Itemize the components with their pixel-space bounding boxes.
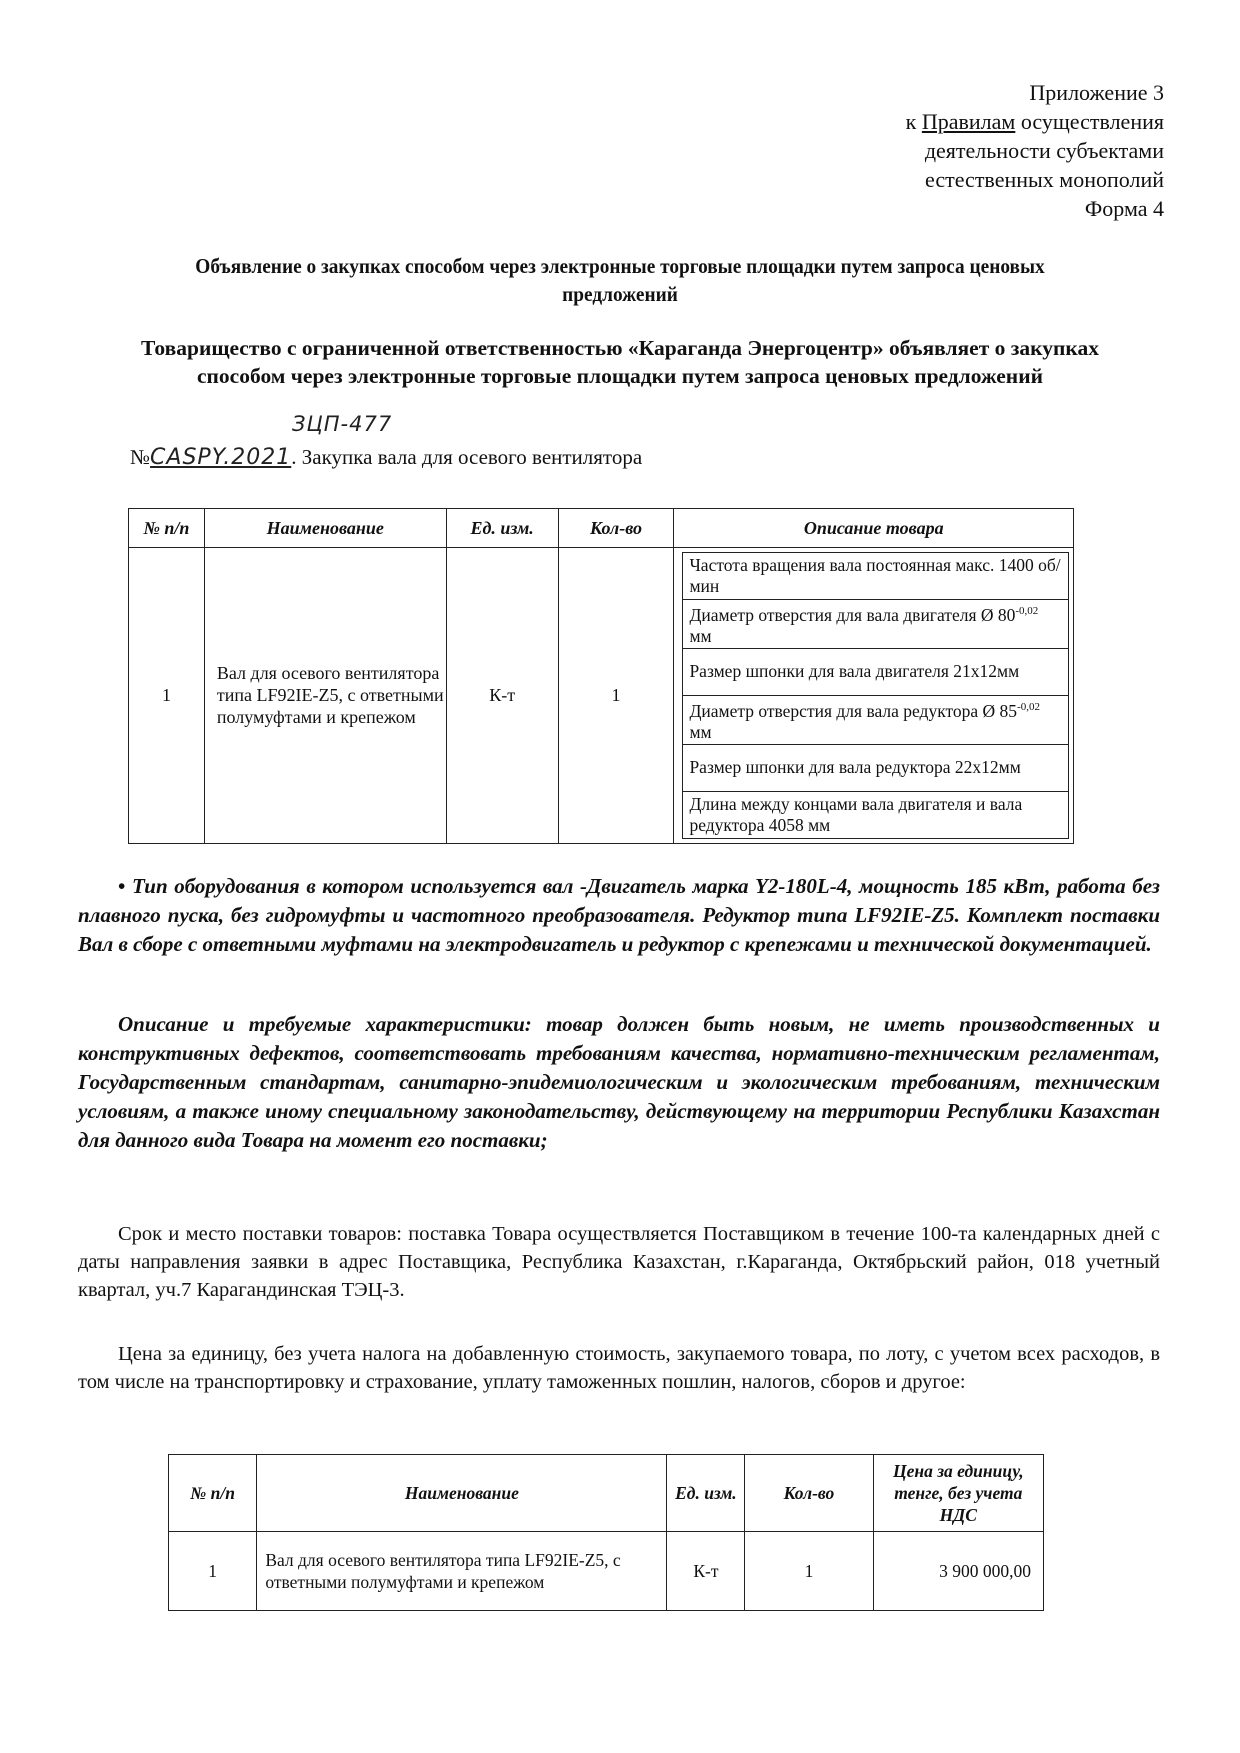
row-description: Частота вращения вала постоянная макс. 1…: [674, 548, 1074, 844]
rules-link[interactable]: Правилам: [922, 109, 1015, 134]
description-item: Длина между концами вала двигателя и вал…: [683, 791, 1069, 838]
description-item: Частота вращения вала постоянная макс. 1…: [683, 553, 1069, 600]
description-item: Размер шпонки для вала двигателя 21х12мм: [683, 648, 1069, 695]
goods-table: № п/п Наименование Ед. изм. Кол-во Описа…: [128, 508, 1074, 844]
appendix-form: Форма 4: [906, 194, 1164, 223]
header-description: Описание товара: [674, 509, 1074, 548]
row-qty: 1: [558, 548, 674, 844]
document-subtitle: Товарищество с ограниченной ответственно…: [110, 334, 1130, 390]
handwritten-suffix: ЗЦП-477: [292, 412, 392, 436]
appendix-monopolies: естественных монополий: [906, 165, 1164, 194]
number-sign: №: [130, 445, 150, 469]
row-num: 1: [169, 1532, 257, 1611]
goods-table-header: № п/п Наименование Ед. изм. Кол-во Описа…: [129, 509, 1074, 548]
row-num: 1: [129, 548, 205, 844]
price-table-header: № п/п Наименование Ед. изм. Кол-во Цена …: [169, 1455, 1044, 1532]
table-row: 1 Вал для осевого вентилятора типа LF92I…: [169, 1532, 1044, 1611]
header-num: № п/п: [129, 509, 205, 548]
equipment-paragraph: • Тип оборудования в котором используетс…: [78, 872, 1160, 959]
handwritten-number: CASPY.2021: [150, 445, 291, 470]
header-num: № п/п: [169, 1455, 257, 1532]
requirements-paragraph: Описание и требуемые характеристики: тов…: [78, 1010, 1160, 1155]
header-qty: Кол-во: [745, 1455, 873, 1532]
header-qty: Кол-во: [558, 509, 674, 548]
header-unit: Ед. изм.: [446, 509, 558, 548]
appendix-rules-line: к Правилам осуществления: [906, 107, 1164, 136]
procurement-number-line: №CASPY.2021. Закупка вала для осевого ве…: [130, 445, 642, 470]
appendix-subjects: деятельности субъектами: [906, 136, 1164, 165]
header-price: Цена за единицу, тенге, без учета НДС: [873, 1455, 1043, 1532]
row-name: Вал для осевого вентилятора типа LF92IE-…: [257, 1532, 667, 1611]
description-item: Диаметр отверстия для вала двигателя Ø 8…: [683, 600, 1069, 649]
document-title: Объявление о закупках способом через эле…: [151, 252, 1089, 308]
table-row: 1 Вал для осевого вентилятора типа LF92I…: [129, 548, 1074, 844]
row-unit: К-т: [667, 1532, 745, 1611]
bullet-icon: •: [118, 874, 132, 898]
description-list: Частота вращения вала постоянная макс. 1…: [682, 552, 1069, 839]
delivery-paragraph: Срок и место поставки товаров: поставка …: [78, 1220, 1160, 1304]
row-name: Вал для осевого вентилятора типа LF92IE-…: [204, 548, 446, 844]
header-unit: Ед. изм.: [667, 1455, 745, 1532]
row-unit: К-т: [446, 548, 558, 844]
price-intro-paragraph: Цена за единицу, без учета налога на доб…: [78, 1340, 1160, 1396]
appendix-header: Приложение 3 к Правилам осуществления де…: [906, 78, 1164, 223]
procurement-subject: . Закупка вала для осевого вентилятора: [291, 445, 642, 469]
row-qty: 1: [745, 1532, 873, 1611]
header-name: Наименование: [204, 509, 446, 548]
description-item: Диаметр отверстия для вала редуктора Ø 8…: [683, 695, 1069, 744]
description-item: Размер шпонки для вала редуктора 22х12мм: [683, 744, 1069, 791]
appendix-number: Приложение 3: [906, 78, 1164, 107]
price-table: № п/п Наименование Ед. изм. Кол-во Цена …: [168, 1454, 1044, 1611]
header-name: Наименование: [257, 1455, 667, 1532]
row-price: 3 900 000,00: [873, 1532, 1043, 1611]
